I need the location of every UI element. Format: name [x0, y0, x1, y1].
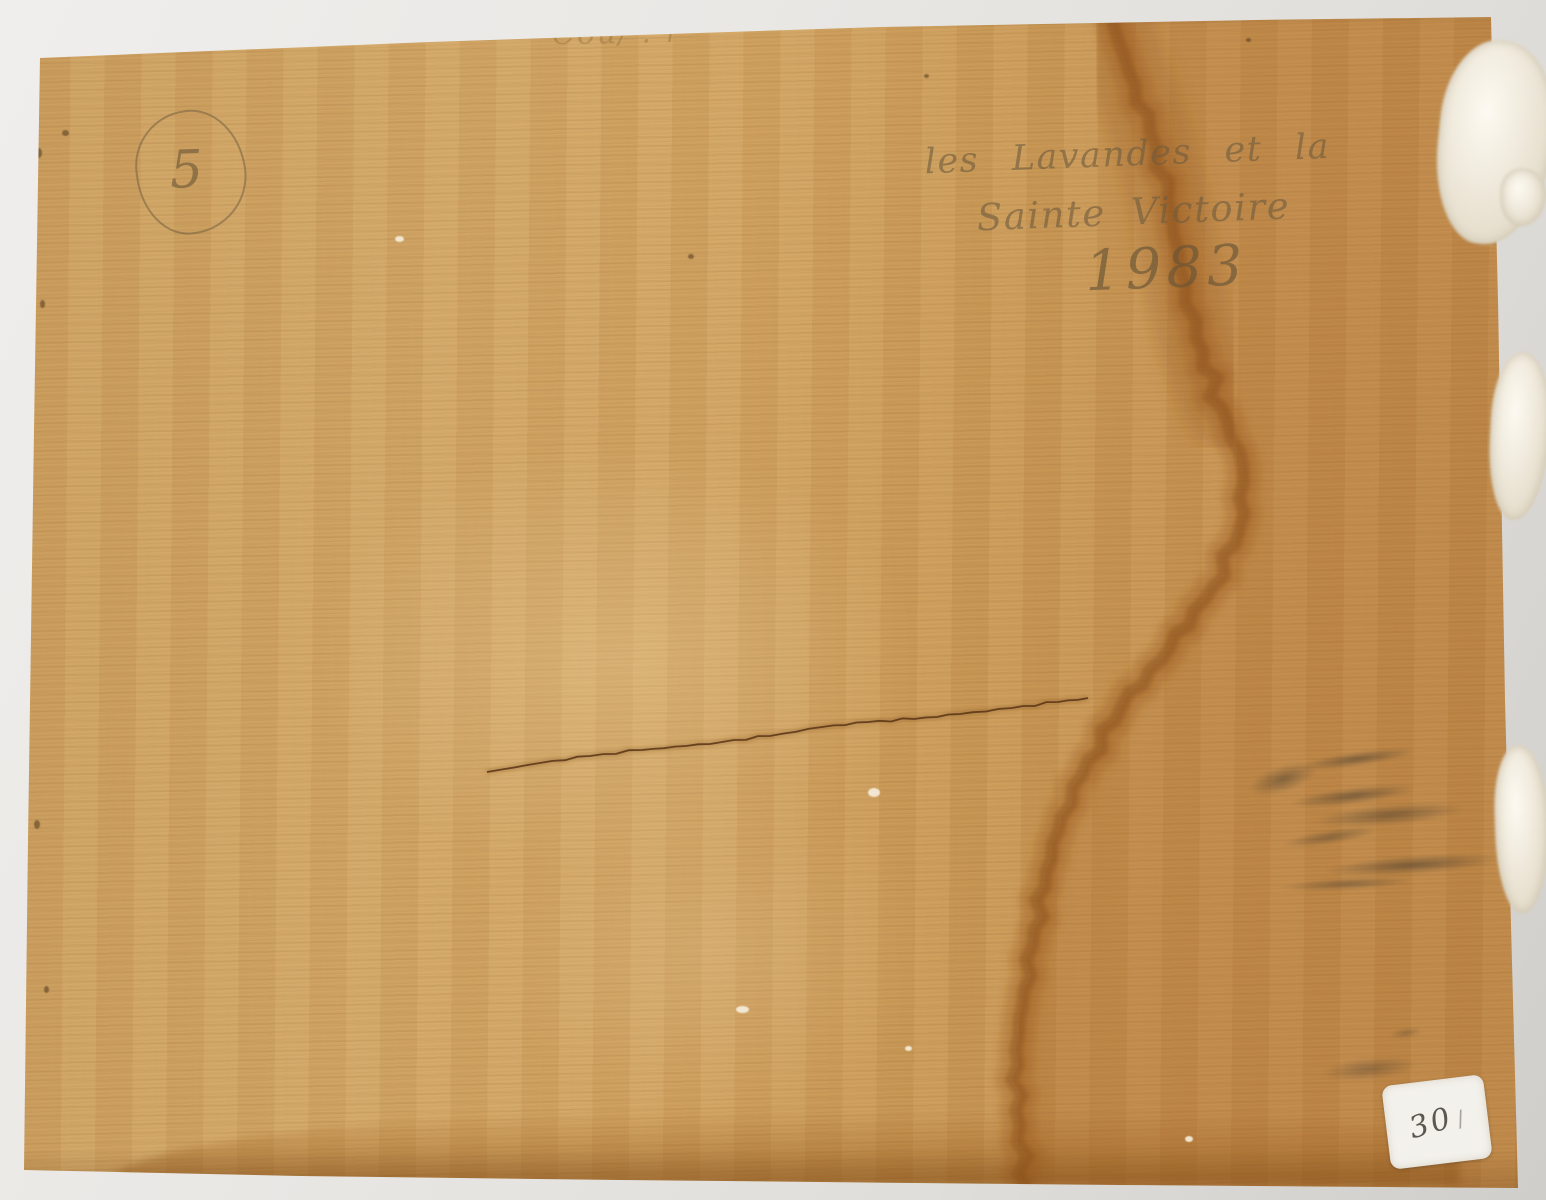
wood-panel-verso: 5 Cou/ : r les Lavandes et la Sainte Vic…: [0, 0, 1546, 1200]
paint-speck: [736, 1006, 749, 1013]
inscription-line1: les Lavandes et la: [924, 121, 1473, 182]
paint-speck: [395, 236, 404, 242]
circled-number: 5: [169, 140, 204, 201]
bottom-edge-stain: [110, 1112, 1460, 1184]
dark-speck: [688, 254, 694, 259]
faint-inscription: Cou/ : r: [552, 15, 683, 52]
dark-speck: [62, 130, 69, 136]
paint-patch: [1500, 168, 1546, 226]
charcoal-smudge: [1300, 744, 1416, 774]
dark-speck: [40, 300, 45, 308]
inscription-date: 1983: [1084, 224, 1478, 304]
inventory-sticker: 30 /: [1381, 1074, 1492, 1170]
dark-speck: [924, 74, 929, 78]
title-inscription: les Lavandes et la Sainte Victoire 1983: [912, 121, 1478, 310]
charcoal-smudge: [1282, 875, 1412, 894]
photo-backdrop: 5 Cou/ : r les Lavandes et la Sainte Vic…: [0, 0, 1546, 1200]
charcoal-smudge: [1325, 850, 1501, 880]
paint-speck: [868, 788, 880, 797]
dark-speck: [1246, 38, 1251, 42]
charcoal-smudge: [1389, 1026, 1422, 1040]
dark-speck: [44, 986, 49, 993]
circled-number-annotation: 5: [128, 103, 254, 241]
paint-speck: [1185, 1136, 1193, 1142]
dark-speck: [36, 148, 42, 158]
sticker-number: 30: [1405, 1100, 1457, 1146]
dark-speck: [34, 820, 40, 829]
wood-crack: [487, 698, 1088, 772]
paint-speck: [905, 1046, 912, 1051]
charcoal-smudge: [1321, 1053, 1418, 1085]
sticker-mark: /: [1454, 1106, 1468, 1132]
charcoal-smudge: [1282, 823, 1378, 852]
wood-crack-shadow: [487, 698, 1088, 772]
